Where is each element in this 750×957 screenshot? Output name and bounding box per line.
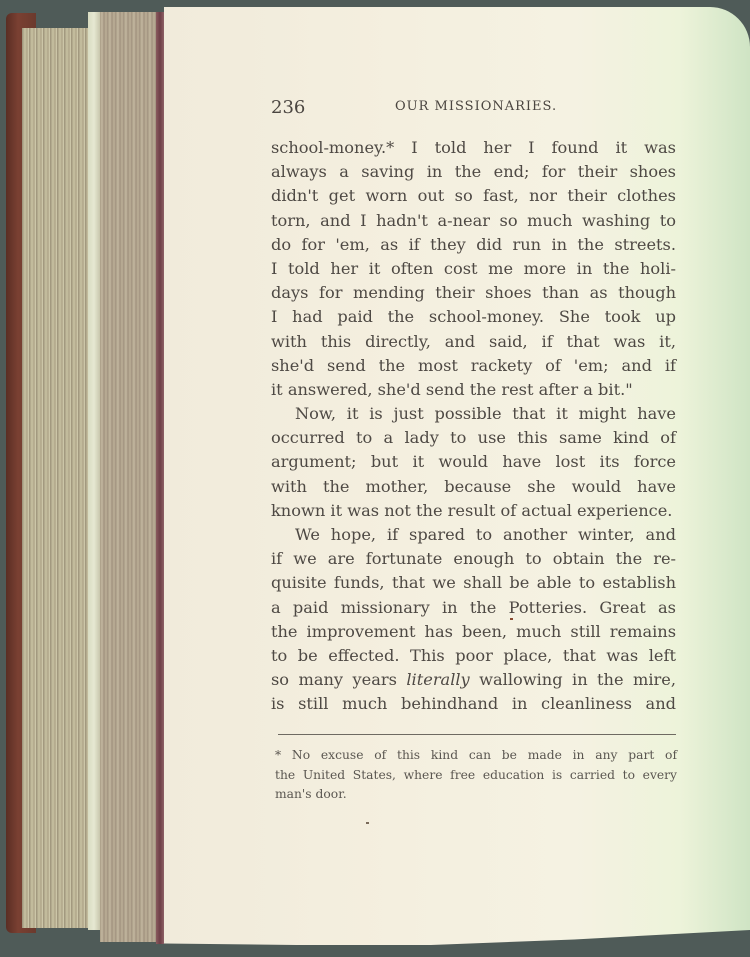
text-line: torn, and I hadn't a-near so much washin… (271, 209, 676, 233)
text-line: with the mother, because she would have (271, 475, 676, 499)
text-line: known it was not the result of actual ex… (271, 499, 676, 523)
paragraph-start-line: We hope, if spared to another winter, an… (271, 523, 676, 547)
text-line: didn't get worn out so fast, nor their c… (271, 184, 676, 208)
footnote-divider (278, 734, 676, 735)
text-line: days for mending their shoes than as tho… (271, 281, 676, 305)
page-number: 236 (271, 97, 305, 118)
text-line: school-money.* I told her I found it was (271, 136, 676, 160)
text-line: occurred to a lady to use this same kind… (271, 426, 676, 450)
text-line-with-italic: so many years literally wallowing in the… (271, 668, 676, 692)
footnote-line: * No excuse of this kind can be made in … (275, 746, 677, 766)
footnote-line: man's door. (275, 785, 677, 805)
text-line: do for 'em, as if they did run in the st… (271, 233, 676, 257)
text-line: if we are fortunate enough to obtain the… (271, 547, 676, 571)
text-line: always a saving in the end; for their sh… (271, 160, 676, 184)
text-line: is still much behindhand in cleanliness … (271, 692, 676, 716)
text-line: quisite funds, that we shall be able to … (271, 571, 676, 595)
text-line: with this directly, and said, if that wa… (271, 330, 676, 354)
page-header: 236 OUR MISSIONARIES. (271, 97, 676, 119)
open-book: 236 OUR MISSIONARIES. school-money.* I t… (0, 0, 750, 957)
text-line: the improvement has been, much still rem… (271, 620, 676, 644)
page-edge-red-stain (156, 12, 164, 944)
text-segment: so many years (271, 670, 406, 689)
page-edge-highlight (88, 12, 100, 930)
text-line: argument; but it would have lost its for… (271, 450, 676, 474)
page-edges-left (22, 28, 88, 928)
body-text: school-money.* I told her I found it was… (271, 136, 676, 717)
footnote-line: the United States, where free education … (275, 766, 677, 786)
running-head: OUR MISSIONARIES. (395, 99, 557, 114)
paper-stain (510, 618, 513, 620)
page-edges-right (100, 12, 158, 942)
paragraph-start-line: Now, it is just possible that it might h… (271, 402, 676, 426)
footnote: * No excuse of this kind can be made in … (275, 746, 677, 805)
text-line: to be effected. This poor place, that wa… (271, 644, 676, 668)
text-line: a paid missionary in the Potteries. Grea… (271, 596, 676, 620)
text-line: I had paid the school-money. She took up (271, 305, 676, 329)
italic-emphasis: literally (406, 670, 469, 689)
text-line: I told her it often cost me more in the … (271, 257, 676, 281)
text-line: she'd send the most rackety of 'em; and … (271, 354, 676, 378)
paper-speck (366, 822, 369, 824)
text-segment: wallowing in the mire, (470, 670, 676, 689)
text-line: it answered, she'd send the rest after a… (271, 378, 676, 402)
